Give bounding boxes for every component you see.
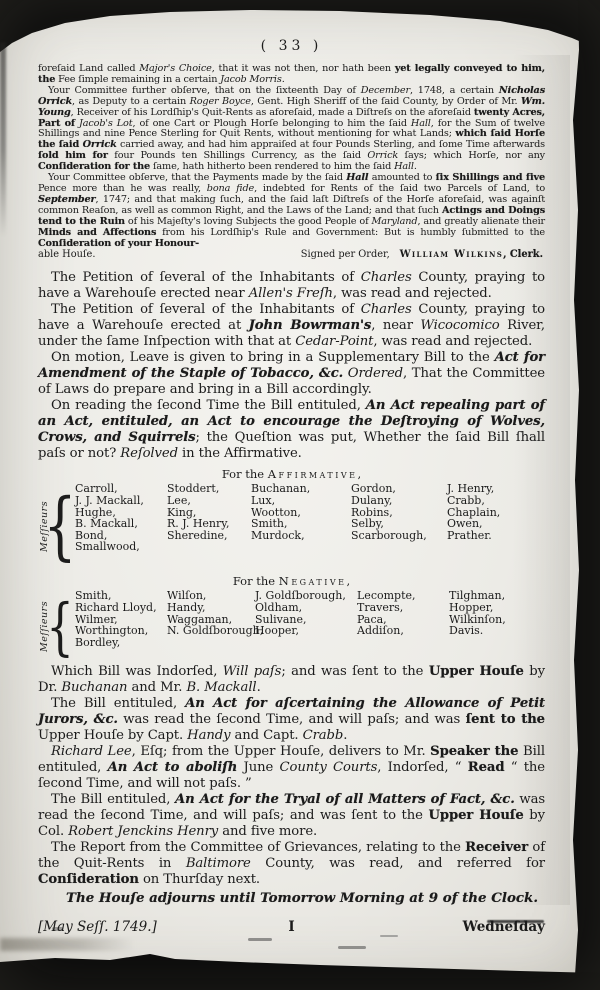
vote-columns: Carroll,J. J. Mackall,Hughe,B. Mackall,B…	[69, 483, 545, 569]
voter-name: Scarborough,	[351, 530, 447, 542]
footer-catchword: Wedneſday	[376, 919, 545, 935]
body-paragraph: The Bill entituled, An Act for aſcertain…	[38, 696, 545, 744]
text-run: Orrick	[367, 150, 398, 161]
vote-column: Gordon,Dulany,Robins,Selby,Scarborough,	[351, 483, 447, 569]
scan-smudge-bottom-left	[0, 938, 135, 951]
vote-column: Stoddert,Lee,King,R. J. Henry,Sheredine,	[167, 483, 251, 569]
text-run: Charles	[361, 302, 412, 317]
footer-signature-mark: I	[207, 919, 376, 935]
report-paragraph: Your Committee obſerve, that the Payment…	[38, 173, 545, 249]
text-run: ſix Shillings and five	[436, 172, 545, 183]
heading-prefix: For the	[233, 574, 279, 588]
text-run: John Bowrman's	[249, 318, 372, 333]
heading-word: Affirmative	[268, 467, 358, 481]
text-run: An Act for the Tryal of all Matters of F…	[175, 792, 515, 807]
body-paragraph: The Petition of ſeveral of the Inhabitan…	[38, 302, 545, 350]
voter-name: Hooper,	[255, 625, 357, 637]
voter-name: Sheredine,	[167, 530, 251, 542]
scanned-document-page: ( 33 ) foreſaid Land called Major's Choi…	[0, 0, 600, 990]
text-run: Charles	[361, 270, 412, 285]
text-run: Conſideration	[38, 872, 139, 887]
text-run: , that it was not then, nor hath been	[212, 63, 395, 74]
text-run: , 1748, a certain	[410, 85, 499, 96]
text-run: .	[282, 74, 285, 85]
voter-name: Oldham,	[255, 602, 357, 614]
voter-name: Murdock,	[251, 530, 351, 542]
text-run: , and greatly alienate their	[417, 216, 545, 227]
text-run: ſent to the	[466, 712, 545, 727]
body-paragraph: The Petition of ſeveral of the Inhabitan…	[38, 270, 545, 302]
voter-name: Prather.	[447, 530, 500, 542]
voter-name: Lux,	[251, 495, 351, 507]
text-run: , near	[371, 318, 420, 333]
text-run: ſame, hath hitherto been rendered to him…	[150, 161, 394, 172]
text-run: ſold him for	[38, 150, 108, 161]
text-run: Conſideration of your Honour-	[38, 238, 199, 249]
vote-column: Carroll,J. J. Mackall,Hughe,B. Mackall,B…	[75, 483, 167, 569]
text-run: Pence more than he was really,	[38, 183, 207, 194]
vote-column: Buchanan,Lux,Wootton,Smith,Murdock,	[251, 483, 351, 569]
text-run: was read the ſecond Time, and will paſs;…	[118, 712, 466, 727]
text-run: The Petition of ſeveral of the Inhabitan…	[51, 270, 361, 285]
vote-column: Wilſon,Handy,Waggaman,N. Goldſborough,	[167, 590, 255, 663]
text-run: ſays; which Horſe, nor any	[398, 150, 545, 161]
text-run: On reading the ſecond Time the Bill enti…	[51, 398, 366, 413]
heading-word: Negative	[279, 574, 347, 588]
voter-name: Davis.	[449, 625, 506, 637]
voter-name: N. Goldſborough,	[167, 625, 255, 637]
text-run: on Thurſday next.	[139, 872, 260, 887]
voter-name: Hopper,	[449, 602, 506, 614]
voter-name: Addiſon,	[357, 625, 449, 637]
journal-body: The Petition of ſeveral of the Inhabitan…	[38, 270, 545, 907]
text-run: County Courts	[280, 760, 378, 775]
negative-heading: For the Negative,	[38, 574, 545, 588]
text-run: September	[38, 194, 96, 205]
scan-edge-right	[566, 0, 600, 990]
text-run: , Eſq; from the Upper Houſe, delivers to…	[132, 744, 431, 759]
scan-edge-bottom	[0, 946, 600, 990]
text-run: Baltimore	[186, 856, 251, 871]
text-run: Will paſs	[223, 664, 282, 679]
text-run: The Bill entituled,	[51, 696, 185, 711]
scan-edge-left	[0, 42, 6, 237]
text-run: Maryland	[372, 216, 418, 227]
text-run: , of one Cart or Plough Horſe belonging …	[132, 118, 410, 129]
text-run: B. Mackall	[186, 680, 256, 695]
voter-name: Travers,	[357, 602, 449, 614]
body-paragraph: Which Bill was Indorſed, Will paſs; and …	[38, 664, 545, 696]
page-footer: [May Seſſ. 1749.] I Wedneſday	[38, 919, 545, 935]
heading-prefix: For the	[222, 467, 268, 481]
text-run: Robert Jenckins Henry	[68, 824, 218, 839]
text-run: The Bill entituled,	[51, 792, 175, 807]
body-paragraph: The Bill entituled, An Act for the Tryal…	[38, 792, 545, 840]
voter-name: Handy,	[167, 602, 255, 614]
voter-name: J. J. Mackall,	[75, 495, 167, 507]
text-run: December	[361, 85, 410, 96]
text-run: , was read and rejected.	[333, 286, 492, 301]
text-run: Your Committee further obſerve, that on …	[48, 85, 361, 96]
text-run: Jacob Morris	[220, 74, 281, 85]
report-paragraph: Your Committee further obſerve, that on …	[38, 86, 545, 173]
report-carryover-text: able Houſe.	[38, 249, 95, 261]
scan-artifact-dash	[338, 946, 366, 949]
text-run: Fee ſimple remaining in a certain	[55, 74, 220, 85]
text-run: .	[257, 680, 261, 695]
text-run: Signed per Order,	[301, 249, 400, 260]
text-run: William Wilkins	[400, 249, 504, 260]
text-run: foreſaid Land called	[38, 63, 139, 74]
page-number: ( 33 )	[38, 38, 545, 54]
text-run: Roger Boyce	[190, 96, 251, 107]
text-run: , Gent. High Sheriff of the ſaid County,…	[251, 96, 521, 107]
text-run: , indebted for Rents of the ſaid two Par…	[254, 183, 545, 194]
vote-table-negative: For the Negative, Meſſieurs { Smith,Rich…	[38, 574, 545, 663]
brace-glyph: {	[54, 483, 67, 569]
text-run: Jacob's Lot	[79, 118, 132, 129]
text-run: The Petition of ſeveral of the Inhabitan…	[51, 302, 361, 317]
text-run: The Houſe adjourns until Tomorrow Mornin…	[66, 890, 538, 906]
adjournment-line: The Houſe adjourns until Tomorrow Mornin…	[38, 890, 545, 907]
text-run: Upper Houſe	[428, 808, 523, 823]
text-run: amounted to	[368, 172, 435, 183]
vote-table-affirmative: For the Affirmative, Meſſieurs { Carroll…	[38, 467, 545, 569]
text-run: Crabb	[303, 728, 344, 743]
text-run: four Pounds ten Shillings Currency, as t…	[108, 150, 368, 161]
text-run: and Mr.	[127, 680, 186, 695]
text-run: , as Deputy to a certain	[72, 96, 190, 107]
text-run: An Act to aboliſh	[108, 760, 238, 775]
heading-suffix: ,	[347, 574, 351, 588]
text-run: , Receiver of his Lordſhip's Quit-Rents …	[71, 107, 474, 118]
text-run: and five more.	[218, 824, 317, 839]
text-run: .	[343, 728, 347, 743]
body-paragraph: Richard Lee, Eſq; from the Upper Houſe, …	[38, 744, 545, 792]
signature-row: able Houſe. Signed per Order, William Wi…	[38, 249, 545, 261]
text-run: , Indorſed, “	[377, 760, 467, 775]
text-run: Which Bill was Indorſed,	[51, 664, 223, 679]
voter-name: Lee,	[167, 495, 251, 507]
text-run: Conſideration for the	[38, 161, 150, 172]
committee-report: foreſaid Land called Major's Choice, tha…	[38, 64, 545, 261]
voter-name: Dulany,	[351, 495, 447, 507]
text-run: Hall	[394, 161, 414, 172]
text-run: The Report from the Committee of Grievan…	[51, 840, 465, 855]
text-run: Orrick	[83, 139, 117, 150]
text-run: Hall	[411, 118, 431, 129]
text-run: ; and was ſent to the	[281, 664, 428, 679]
page-content: ( 33 ) foreſaid Land called Major's Choi…	[38, 36, 545, 935]
brace-glyph: {	[54, 590, 67, 663]
vote-column: J. Goldſborough,Oldham,Sulivane,Hooper,	[255, 590, 357, 663]
text-run: Ordered	[348, 366, 403, 381]
voter-name: Richard Lloyd,	[75, 602, 167, 614]
text-run: June	[237, 760, 279, 775]
text-run: bona fide	[207, 183, 254, 194]
text-run: Richard Lee	[51, 744, 132, 759]
text-run: County, was read, and referred for	[251, 856, 545, 871]
heading-suffix: ,	[358, 467, 362, 481]
text-run: Your Committee obſerve, that the Payment…	[48, 172, 346, 183]
text-run: from his Lordſhip's Rule and Government:…	[156, 227, 545, 238]
text-run: Reſolved	[120, 446, 178, 461]
vote-column: Smith,Richard Lloyd,Wilmer,Worthington,B…	[75, 590, 167, 663]
vote-columns: Smith,Richard Lloyd,Wilmer,Worthington,B…	[69, 590, 545, 663]
voter-name: Smallwood,	[75, 541, 167, 553]
body-paragraph: On motion, Leave is given to bring in a …	[38, 350, 545, 398]
text-run: Read	[468, 760, 505, 775]
text-run: Handy	[187, 728, 230, 743]
text-run: and Capt.	[230, 728, 302, 743]
text-run: Allen's Freſh	[249, 286, 333, 301]
text-run: Buchanan	[61, 680, 127, 695]
text-run: , Clerk.	[503, 249, 543, 260]
text-run: in the Affirmative.	[178, 446, 302, 461]
report-paragraph: foreſaid Land called Major's Choice, tha…	[38, 64, 545, 86]
vote-column: Tilghman,Hopper,Wilkinſon,Davis.	[449, 590, 506, 663]
text-run: Cedar-Point	[295, 334, 373, 349]
text-run: of his Majeſty's loving Subjects the goo…	[125, 216, 372, 227]
body-paragraph: On reading the ſecond Time the Bill enti…	[38, 398, 545, 462]
text-run: Minds and Affections	[38, 227, 156, 238]
text-run: Major's Choice	[139, 63, 211, 74]
text-run: Speaker the	[430, 744, 518, 759]
vote-column: J. Henry,Crabb,Chaplain,Owen,Prather.	[447, 483, 500, 569]
text-run: Receiver	[465, 840, 528, 855]
text-run: carried away, and had him appraiſed at f…	[117, 139, 545, 150]
affirmative-heading: For the Affirmative,	[38, 467, 545, 481]
footer-session-label: [May Seſſ. 1749.]	[38, 919, 207, 935]
text-run: Upper Houſe by Capt.	[38, 728, 187, 743]
voter-name: Crabb,	[447, 495, 500, 507]
text-run: Upper Houſe	[429, 664, 524, 679]
text-run: .	[414, 161, 417, 172]
text-run: On motion, Leave is given to bring in a …	[51, 350, 495, 365]
voter-name: Bordley,	[75, 637, 167, 649]
text-run: Wicocomico	[420, 318, 499, 333]
vote-column: Lecompte,Travers,Paca,Addiſon,	[357, 590, 449, 663]
text-run: , was read and rejected.	[373, 334, 532, 349]
scan-artifact-dash	[248, 938, 272, 941]
clerk-signature: Signed per Order, William Wilkins, Clerk…	[301, 249, 543, 261]
text-run: Hall	[346, 172, 368, 183]
body-paragraph: The Report from the Committee of Grievan…	[38, 840, 545, 888]
